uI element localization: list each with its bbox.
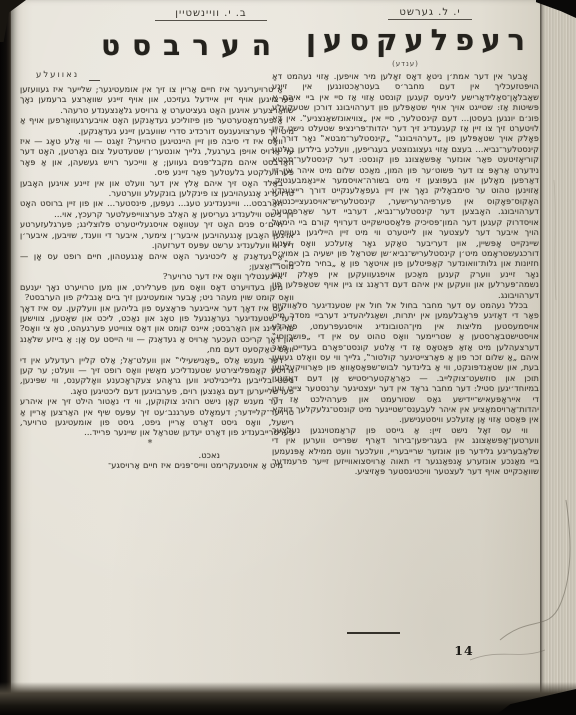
paragraph: אַ געדאַנק אַ ליכטיגער האָט איהם אָנגעטה…: [20, 251, 294, 272]
section-break-asterisk: *: [20, 438, 294, 450]
scene-word: נאכט.: [20, 450, 294, 460]
paragraph: דער מענש קאָן נישט רוהיג צוקוקען, ווי די…: [20, 396, 294, 438]
paragraph: אַ פערמאַטערטער פון פיזוליכע געדאַנקען ה…: [20, 115, 294, 136]
author-byline-left: ב. י. וויינשטיין: [155, 8, 267, 21]
genre-underline-mark: [89, 80, 100, 81]
paragraph: חיים׳ס פּנים האָט זיך עטוואָס אויסגעלייט…: [20, 219, 294, 250]
continuation-note: (ענדע): [272, 60, 539, 68]
paragraph: אָבער אין דער אמת׳ן ניטאָ דאָס זאָלען מי…: [272, 71, 539, 300]
paragraph: האַרבסט... וויינענדיגע טעג... נעפּען, פי…: [20, 198, 294, 219]
paragraph: בכלל נעהמט עס דער מחבר בחול אל חול אין ש…: [272, 300, 539, 425]
scanned-book-page: י. ל. גערשט רעפלעקסען (ענדע) אָבער אין ד…: [0, 0, 576, 715]
page-number: 14: [447, 643, 481, 658]
article-title-refleksen: רעפלעקסען: [304, 23, 534, 57]
paragraph: וואָס איז די סיבה פון זיין היינטיגען טרו…: [20, 136, 294, 178]
left-text-column: אַ טרויעריגער איז חיים אַריין צו זיך אין…: [20, 84, 294, 640]
scan-bottom-shadow: [0, 682, 576, 715]
right-text-column: אָבער אין דער אמת׳ן ניטאָ דאָס זאָלען מי…: [272, 71, 539, 627]
paragraph: דער מענש אַלס „פּאָנישעילי‟ און וועלט־אַ…: [20, 355, 294, 397]
paragraph: אַ טרויעריגער איז חיים אַריין צו זיך אין…: [20, 84, 294, 115]
paragraph: ווי עס זאָל נישט זיין: אַ גייסט פון קראַ…: [272, 425, 539, 477]
article-end-rule: [347, 632, 400, 634]
book-page: י. ל. גערשט רעפלעקסען (ענדע) אָבער אין ד…: [11, 0, 543, 697]
paragraph: עס איז דאָך דער אייביגער פּראָצעס פון בל…: [20, 303, 294, 355]
paragraph: מען בעדויערט דאָס וואָס מען פערלירט, און…: [20, 282, 294, 303]
paragraph: אייגענטליך וואָס איז דער טרויער?: [20, 271, 294, 281]
genre-label: נאוועלע: [36, 70, 79, 80]
article-title-herbst: הערבסט: [78, 29, 306, 62]
closing-line: מיט אַ אויסגעקרימט ווייס־פּנים איז חיים …: [20, 460, 294, 470]
paragraph: באַלד האָט זיך איהם אַלץ אין דער וועלט א…: [20, 178, 294, 199]
book-page-edges: [540, 0, 576, 715]
author-byline-right: י. ל. גערשט: [388, 7, 472, 20]
scan-left-border: [0, 0, 11, 715]
